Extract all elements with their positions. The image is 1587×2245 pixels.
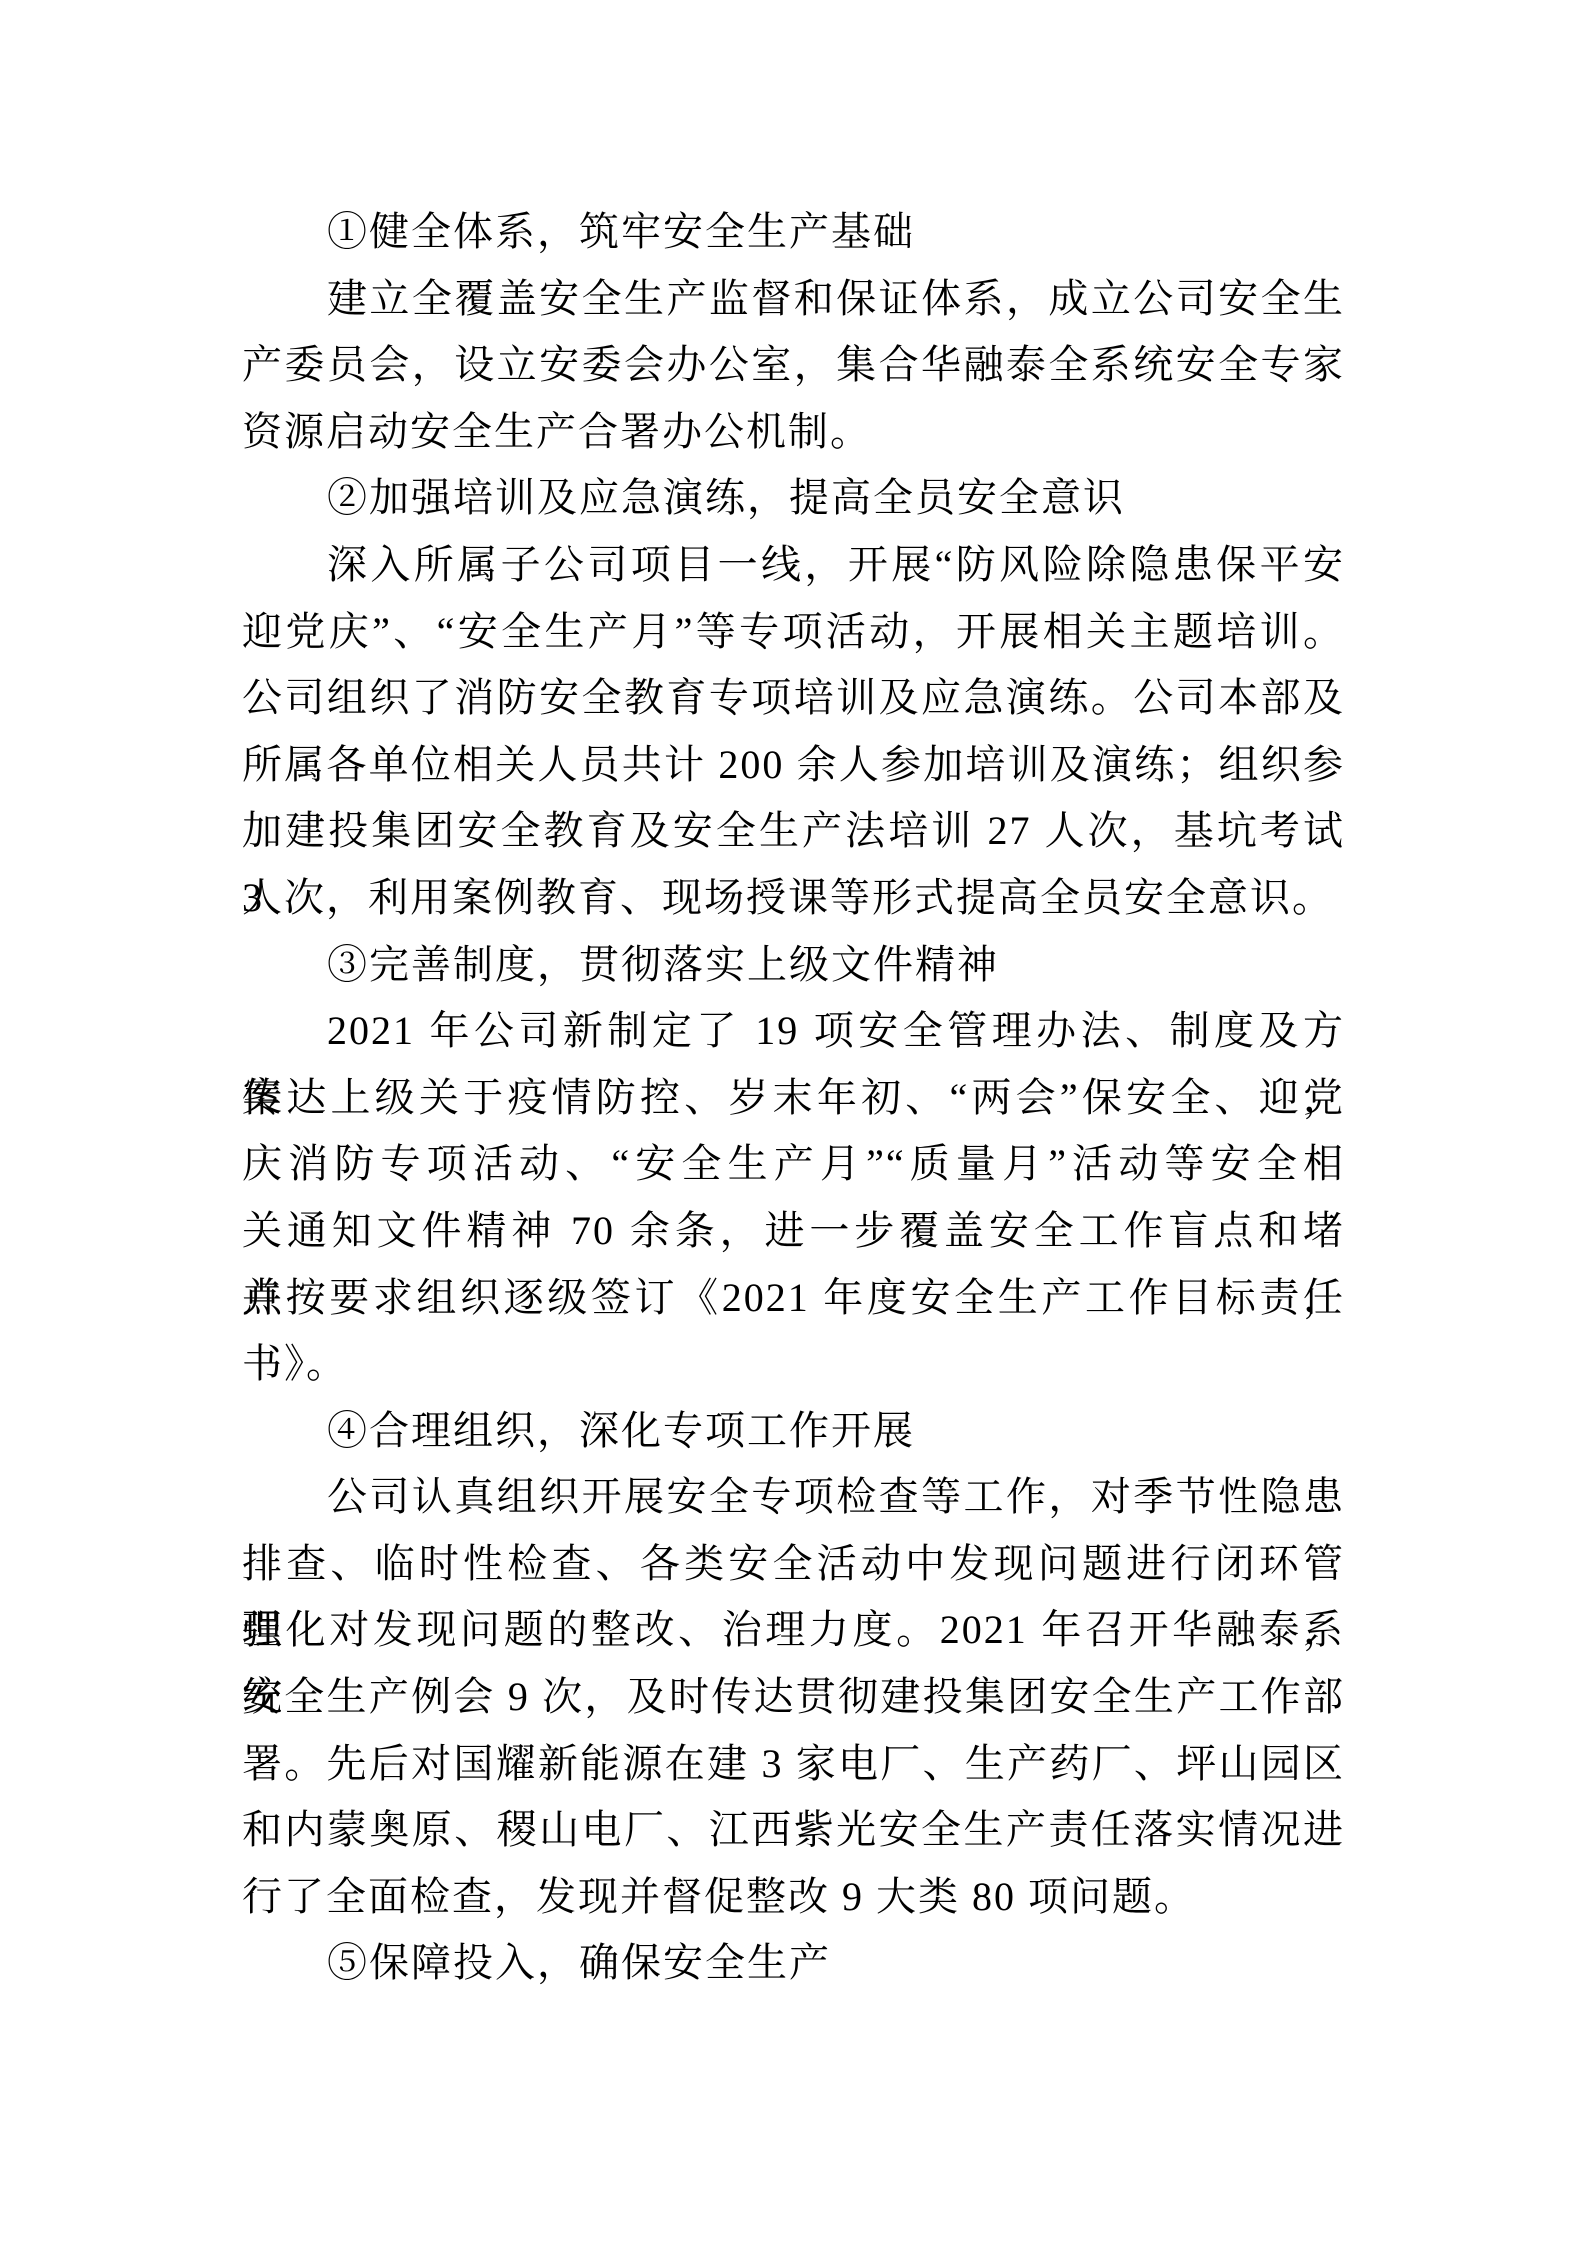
heading-line: ③完善制度，贯彻落实上级文件精神 bbox=[242, 932, 1345, 999]
body-text-line: 排查、临时性检查、各类安全活动中发现问题进行闭环管理， bbox=[242, 1531, 1345, 1598]
document-text-block: ①健全体系，筑牢安全生产基础建立全覆盖安全生产监督和保证体系，成立公司安全生产委… bbox=[242, 199, 1345, 1997]
body-text-line: 行了全面检查，发现并督促整改 9 大类 80 项问题。 bbox=[242, 1864, 1345, 1931]
heading-line: ①健全体系，筑牢安全生产基础 bbox=[242, 199, 1345, 266]
heading-line: ⑤保障投入，确保安全生产 bbox=[242, 1930, 1345, 1997]
body-text-line: 2021 年公司新制定了 19 项安全管理办法、制度及方案， bbox=[242, 998, 1345, 1065]
body-text-line: 迎党庆”、“安全生产月”等专项活动，开展相关主题培训。 bbox=[242, 599, 1345, 666]
body-text-line: 人次，利用案例教育、现场授课等形式提高全员安全意识。 bbox=[242, 865, 1345, 932]
body-text-line: 深入所属子公司项目一线，开展“防风险除隐患保平安 bbox=[242, 532, 1345, 599]
body-text-line: 署。先后对国耀新能源在建 3 家电厂、生产药厂、坪山园区 bbox=[242, 1731, 1345, 1798]
body-text-line: 强化对发现问题的整改、治理力度。2021 年召开华融泰系统 bbox=[242, 1597, 1345, 1664]
body-text-line: 建立全覆盖安全生产监督和保证体系，成立公司安全生 bbox=[242, 266, 1345, 333]
body-text-line: 安全生产例会 9 次，及时传达贯彻建投集团安全生产工作部 bbox=[242, 1664, 1345, 1731]
body-text-line: 公司组织了消防安全教育专项培训及应急演练。公司本部及 bbox=[242, 665, 1345, 732]
heading-line: ④合理组织，深化专项工作开展 bbox=[242, 1398, 1345, 1465]
body-text-line: 并按要求组织逐级签订《2021 年度安全生产工作目标责任 bbox=[242, 1265, 1345, 1332]
body-text-line: 公司认真组织开展安全专项检查等工作，对季节性隐患 bbox=[242, 1464, 1345, 1531]
document-page: ①健全体系，筑牢安全生产基础建立全覆盖安全生产监督和保证体系，成立公司安全生产委… bbox=[0, 0, 1587, 2245]
body-text-line: 关通知文件精神 70 余条，进一步覆盖安全工作盲点和堵点， bbox=[242, 1198, 1345, 1265]
body-text-line: 书》。 bbox=[242, 1331, 1345, 1398]
body-text-line: 庆消防专项活动、“安全生产月”“质量月”活动等安全相 bbox=[242, 1131, 1345, 1198]
body-text-line: 产委员会，设立安委会办公室，集合华融泰全系统安全专家 bbox=[242, 332, 1345, 399]
body-text-line: 资源启动安全生产合署办公机制。 bbox=[242, 399, 1345, 466]
body-text-line: 传达上级关于疫情防控、岁末年初、“两会”保安全、迎党 bbox=[242, 1065, 1345, 1132]
body-text-line: 和内蒙奥原、稷山电厂、江西紫光安全生产责任落实情况进 bbox=[242, 1797, 1345, 1864]
body-text-line: 所属各单位相关人员共计 200 余人参加培训及演练；组织参 bbox=[242, 732, 1345, 799]
heading-line: ②加强培训及应急演练，提高全员安全意识 bbox=[242, 465, 1345, 532]
body-text-line: 加建投集团安全教育及安全生产法培训 27 人次，基坑考试 3 bbox=[242, 798, 1345, 865]
